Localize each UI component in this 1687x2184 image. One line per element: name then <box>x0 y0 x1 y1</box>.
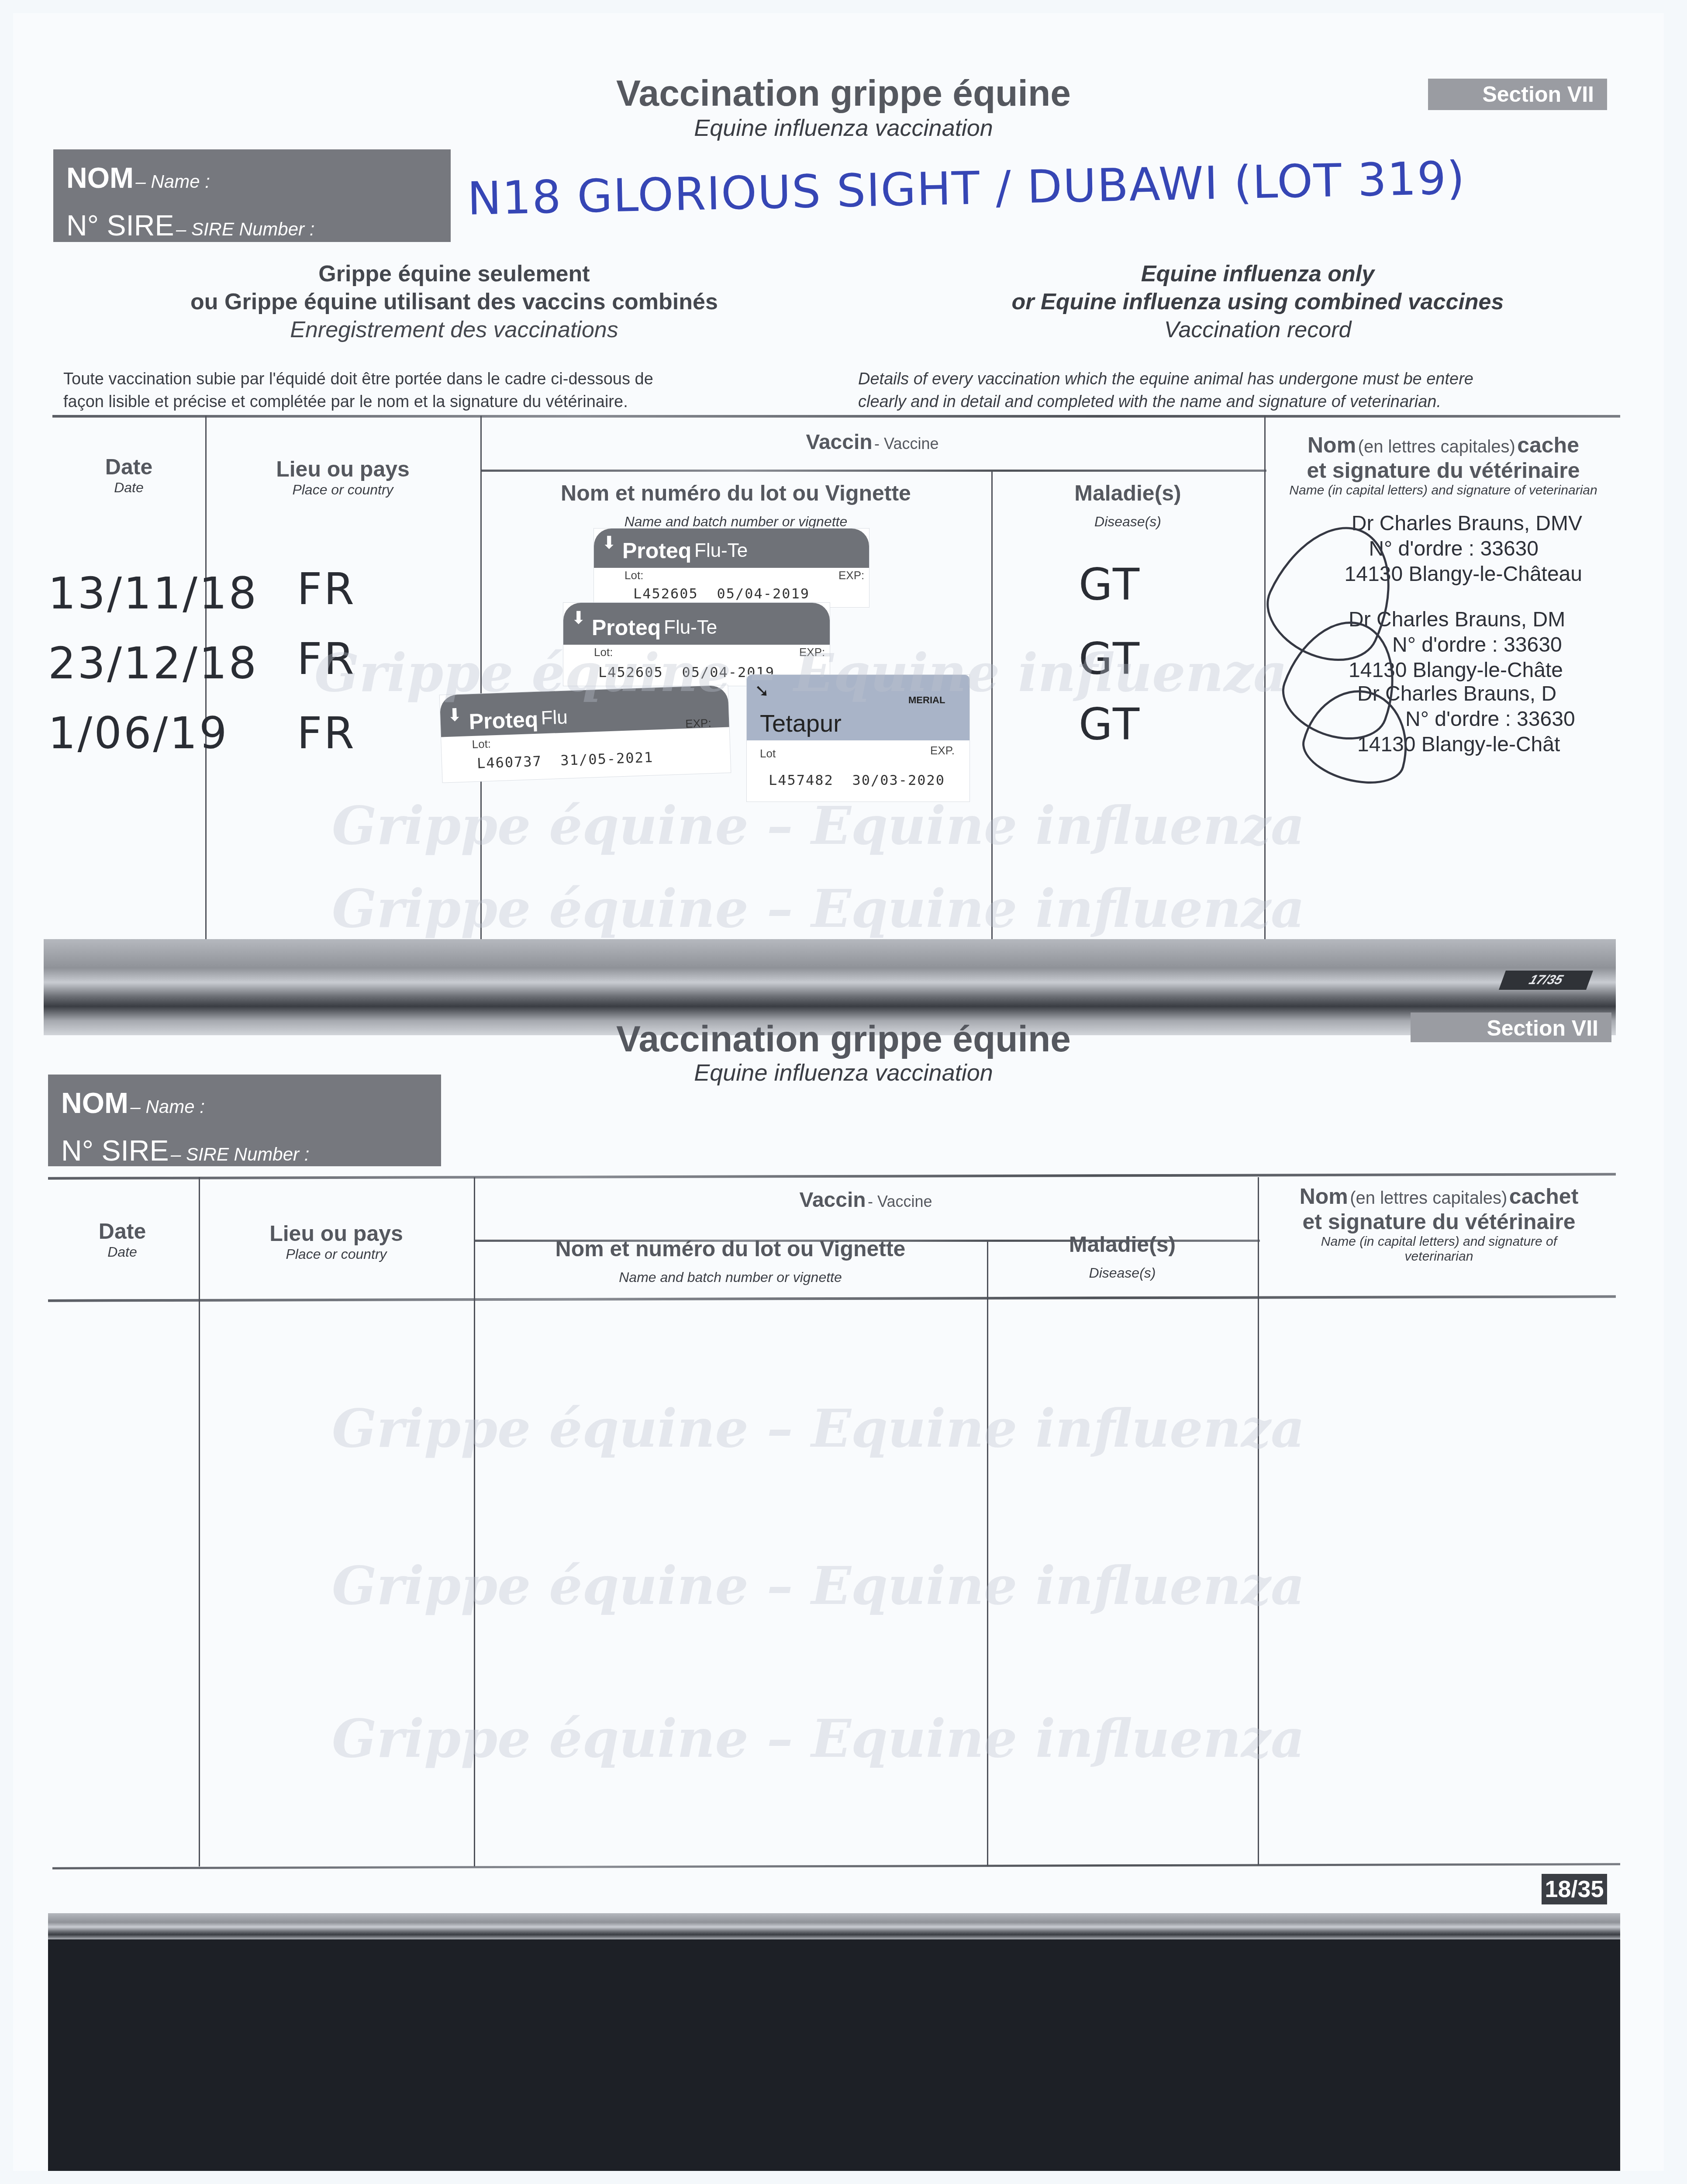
sire-sub-label: – SIRE Number : <box>171 1144 309 1165</box>
scan-dark-area <box>48 1939 1620 2171</box>
row1-date: 13/11/18 <box>48 568 258 619</box>
page1-subtitle: Equine influenza vaccination <box>0 114 1687 142</box>
sire-label: N° SIRE <box>61 1134 169 1167</box>
table1-top-rule <box>52 415 1620 418</box>
notice-en-line1: Details of every vaccination which the e… <box>858 368 1609 390</box>
download-arrow-icon: ⬇ <box>447 705 462 726</box>
page2-section-badge: Section VII <box>1411 1013 1611 1042</box>
watermark: Grippe équine – Equine influenza <box>332 1708 1305 1769</box>
sire-label: N° SIRE <box>66 209 174 242</box>
intro-en-line1: Equine influenza only <box>952 260 1563 288</box>
row3-disease: GT <box>1079 699 1141 750</box>
row1-disease: GT <box>1079 559 1141 610</box>
row3-date: 1/06/19 <box>48 708 229 759</box>
page1-id-box: NOM – Name : N° SIRE – SIRE Number : <box>53 149 451 242</box>
nom-label: NOM <box>66 162 134 194</box>
header-date: Date Date <box>50 1219 194 1260</box>
row2-date: 23/12/18 <box>48 638 258 689</box>
notice-fr-line1: Toute vaccination subie par l'équidé doi… <box>63 368 849 390</box>
header-vaccine: Vaccin - Vaccine <box>480 430 1264 454</box>
table2-col-divider <box>987 1241 988 1866</box>
watermark: Grippe équine – Equine influenza <box>332 795 1305 857</box>
header-date: Date Date <box>57 454 201 496</box>
row3-place: FR <box>297 708 356 759</box>
watermark: Grippe équine – Equine influenza <box>332 1398 1305 1459</box>
header-place: Lieu ou pays Place or country <box>210 456 476 498</box>
intro-fr: Grippe équine seulement ou Grippe équine… <box>114 260 795 344</box>
header-vaccine: Vaccin - Vaccine <box>474 1188 1258 1212</box>
watermark: Grippe équine – Equine influenza <box>332 1555 1305 1617</box>
intro-fr-line1: Grippe équine seulement <box>114 260 795 288</box>
page1-number-tab: 17/35 <box>1499 971 1593 990</box>
download-arrow-icon: ⬇ <box>571 608 586 628</box>
row1-place: FR <box>297 563 356 615</box>
table1-vaccine-rule <box>480 470 1266 472</box>
intro-fr-line2: ou Grippe équine utilisant des vaccins c… <box>114 288 795 316</box>
nom-sub-label: – Name : <box>135 171 210 192</box>
watermark: Grippe équine – Equine influenza <box>332 878 1305 940</box>
nom-sub-label: – Name : <box>130 1096 204 1117</box>
header-batch: Nom et numéro du lot ou Vignette Name an… <box>485 480 987 530</box>
header-place: Lieu ou pays Place or country <box>203 1221 469 1262</box>
download-arrow-icon: ⬇ <box>602 533 617 553</box>
page2-id-box: NOM – Name : N° SIRE – SIRE Number : <box>48 1075 441 1166</box>
header-vet: Nom (en lettres capitales) cache et sign… <box>1269 432 1618 498</box>
nom-label: NOM <box>61 1087 128 1119</box>
intro-fr-line3: Enregistrement des vaccinations <box>114 316 795 344</box>
intro-en-line2: or Equine influenza using combined vacci… <box>952 288 1563 316</box>
sire-sub-label: – SIRE Number : <box>176 219 314 239</box>
notice-en-line2: clearly and in detail and completed with… <box>858 390 1609 413</box>
intro-en-line3: Vaccination record <box>952 316 1563 344</box>
header-batch: Nom et numéro du lot ou Vignette Name an… <box>478 1236 983 1286</box>
header-vet: Nom (en lettres capitales) cachet et sig… <box>1262 1184 1616 1264</box>
page1-section-badge: Section VII <box>1428 79 1607 110</box>
page2-number: 18/35 <box>1542 1874 1607 1904</box>
notice-fr-line2: façon lisible et précise et complétée pa… <box>63 390 849 413</box>
header-disease: Maladie(s) Disease(s) <box>994 480 1262 530</box>
notice-en: Details of every vaccination which the e… <box>858 368 1609 413</box>
intro-en: Equine influenza only or Equine influenz… <box>952 260 1563 344</box>
table2-col-divider <box>199 1177 200 1866</box>
notice-fr: Toute vaccination subie par l'équidé doi… <box>63 368 849 413</box>
watermark: Grippe équine – Equine influenza <box>314 642 1287 704</box>
vaccine-label-proteq-flu-te: ⬇ Proteq Flu-Te Lot: EXP: L452605 05/04-… <box>594 529 869 607</box>
header-disease: Maladie(s) Disease(s) <box>989 1232 1256 1281</box>
